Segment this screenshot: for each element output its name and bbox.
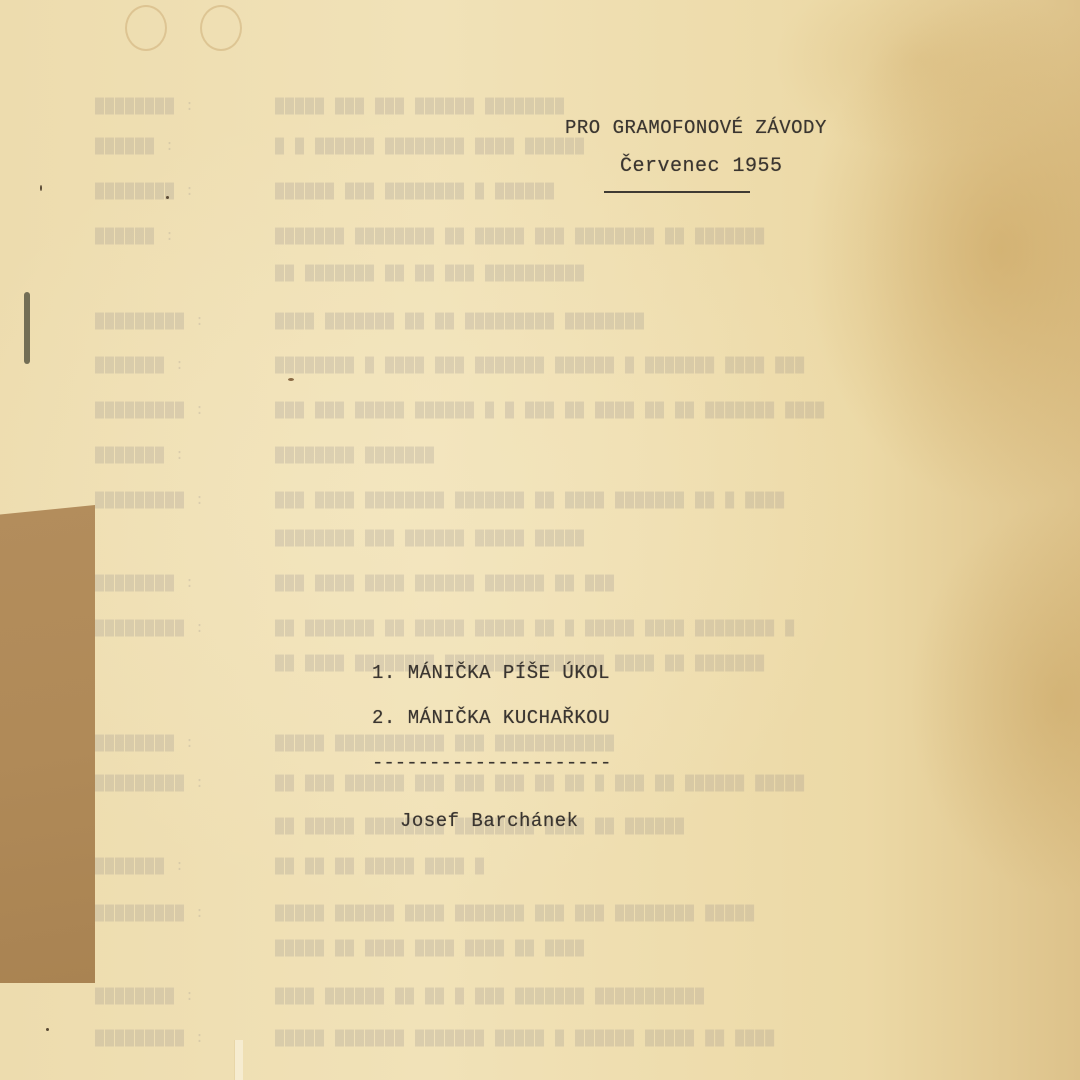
coffee-ring-stain (125, 5, 167, 51)
header-organization: PRO GRAMOFONOVÉ ZÁVODY (565, 117, 827, 139)
ink-speck (166, 196, 169, 199)
ink-speck (288, 378, 294, 381)
author-name: Josef Barchánek (400, 810, 579, 832)
coffee-ring-stain (200, 5, 242, 51)
dashed-separator: --------------------- (372, 752, 611, 774)
staple-mark (24, 292, 30, 364)
title-item-2: 2. MÁNIČKA KUCHAŘKOU (372, 707, 610, 729)
ink-speck (40, 185, 42, 191)
tape-strip-left (0, 505, 95, 983)
header-date: Červenec 1955 (620, 155, 783, 178)
ink-speck (46, 1028, 49, 1031)
tape-strip-bottom (234, 1040, 243, 1080)
title-item-1: 1. MÁNIČKA PÍŠE ÚKOL (372, 662, 610, 684)
header-underline (604, 191, 750, 193)
